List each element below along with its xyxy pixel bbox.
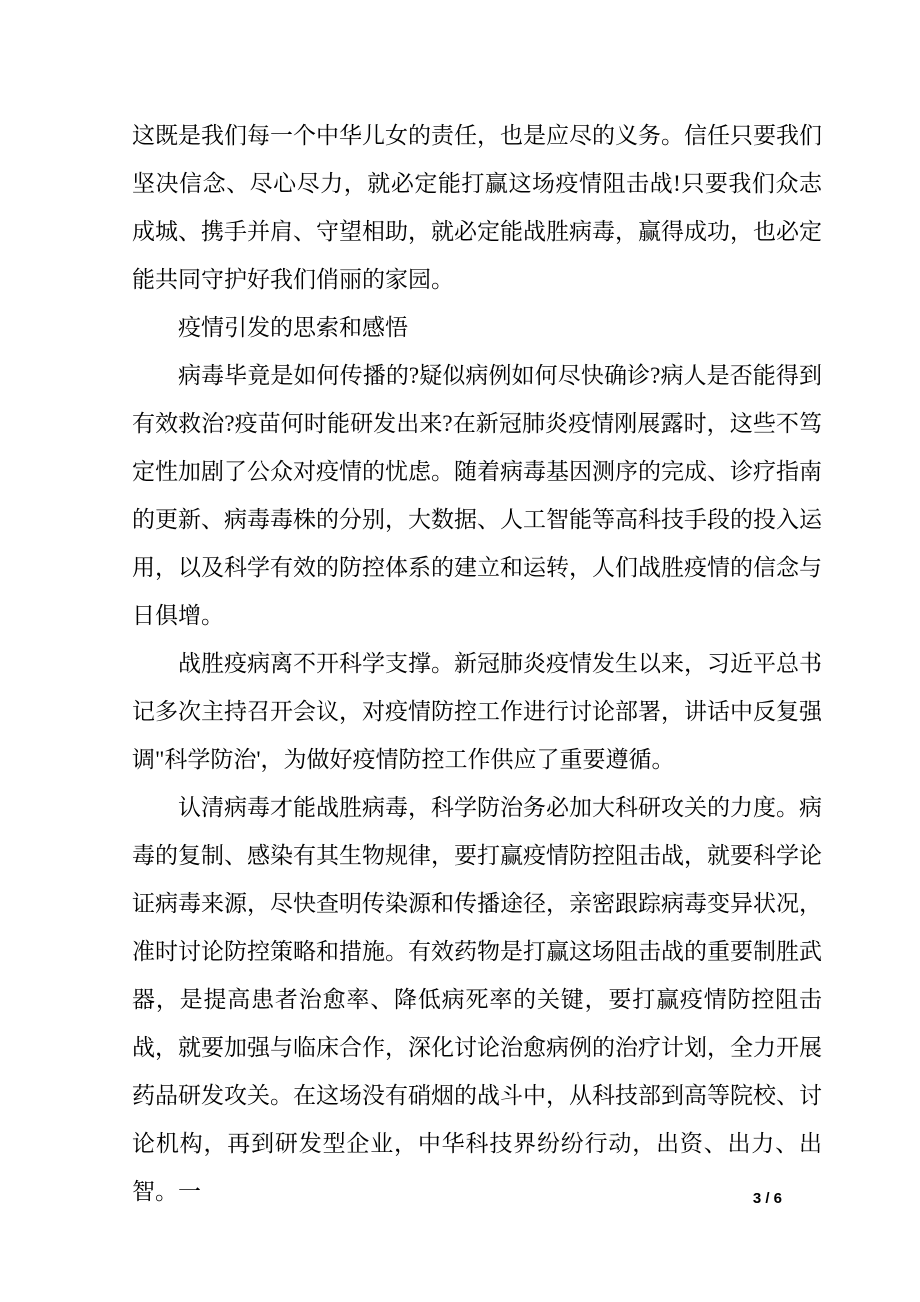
paragraph: 认清病毒才能战胜病毒，科学防治务必加大科研攻关的力度。病毒的复制、感染有其生物规… <box>132 784 822 1216</box>
paragraph: 战胜疫病离不开科学支撑。新冠肺炎疫情发生以来，习近平总书记多次主持召开会议，对疫… <box>132 640 822 784</box>
paragraph: 病毒毕竟是如何传播的?疑似病例如何尽快确诊?病人是否能得到有效救治?疫苗何时能研… <box>132 352 822 640</box>
document-page: 这既是我们每一个中华儿女的责任，也是应尽的义务。信任只要我们坚决信念、尽心尽力，… <box>0 0 920 1302</box>
paragraph: 疫情引发的思索和感悟 <box>132 304 822 352</box>
page-number: 3 / 6 <box>753 1190 782 1207</box>
paragraph: 这既是我们每一个中华儿女的责任，也是应尽的义务。信任只要我们坚决信念、尽心尽力，… <box>132 112 822 304</box>
document-body: 这既是我们每一个中华儿女的责任，也是应尽的义务。信任只要我们坚决信念、尽心尽力，… <box>132 112 822 1216</box>
